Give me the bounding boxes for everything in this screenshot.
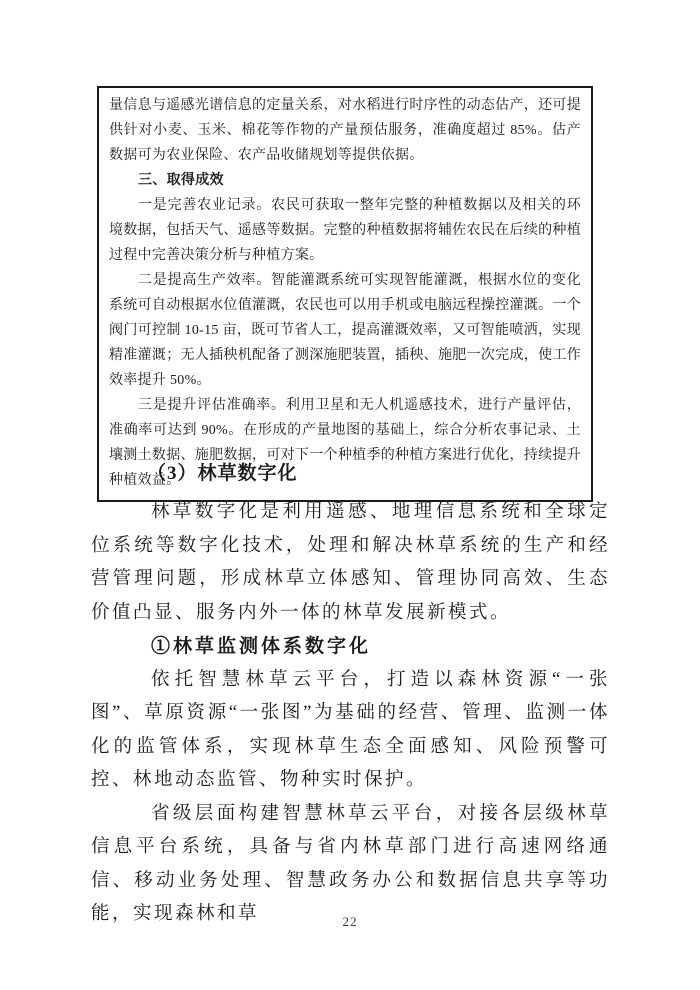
- document-page: 量信息与遥感光谱信息的定量关系，对水稻进行时序性的动态估产，还可提供针对小麦、玉…: [0, 0, 700, 990]
- box-paragraph-records: 一是完善农业记录。农民可获取一整年完整的种植数据以及相关的环境数据，包括天气、遥…: [109, 193, 581, 268]
- box-paragraph-carryover: 量信息与遥感光谱信息的定量关系，对水稻进行时序性的动态估产，还可提供针对小麦、玉…: [109, 93, 581, 168]
- paragraph-provincial-platform: 省级层面构建智慧林草云平台，对接各层级林草信息平台系统，具备与省内林草部门进行高…: [91, 798, 610, 932]
- section-heading-forest-grass-digitalization: （3）林草数字化: [91, 456, 610, 492]
- box-paragraph-efficiency: 二是提高生产效率。智能灌溉系统可实现智能灌溉，根据水位的变化系统可自动根据水位值…: [109, 268, 581, 393]
- page-number: 22: [0, 914, 700, 930]
- main-content: （3）林草数字化 林草数字化是利用遥感、地理信息系统和全球定位系统等数字化技术，…: [91, 456, 610, 932]
- box-heading-achievements: 三、取得成效: [109, 168, 581, 193]
- paragraph-cloud-platform: 依托智慧林草云平台，打造以森林资源“一张图”、草原资源“一张图”为基础的经营、管…: [91, 664, 610, 798]
- paragraph-forest-grass-intro: 林草数字化是利用遥感、地理信息系统和全球定位系统等数字化技术，处理和解决林草系统…: [91, 496, 610, 630]
- boxed-text-section: 量信息与遥感光谱信息的定量关系，对水稻进行时序性的动态估产，还可提供针对小麦、玉…: [97, 86, 593, 502]
- subsection-heading-monitoring-system: ①林草监测体系数字化: [91, 630, 610, 664]
